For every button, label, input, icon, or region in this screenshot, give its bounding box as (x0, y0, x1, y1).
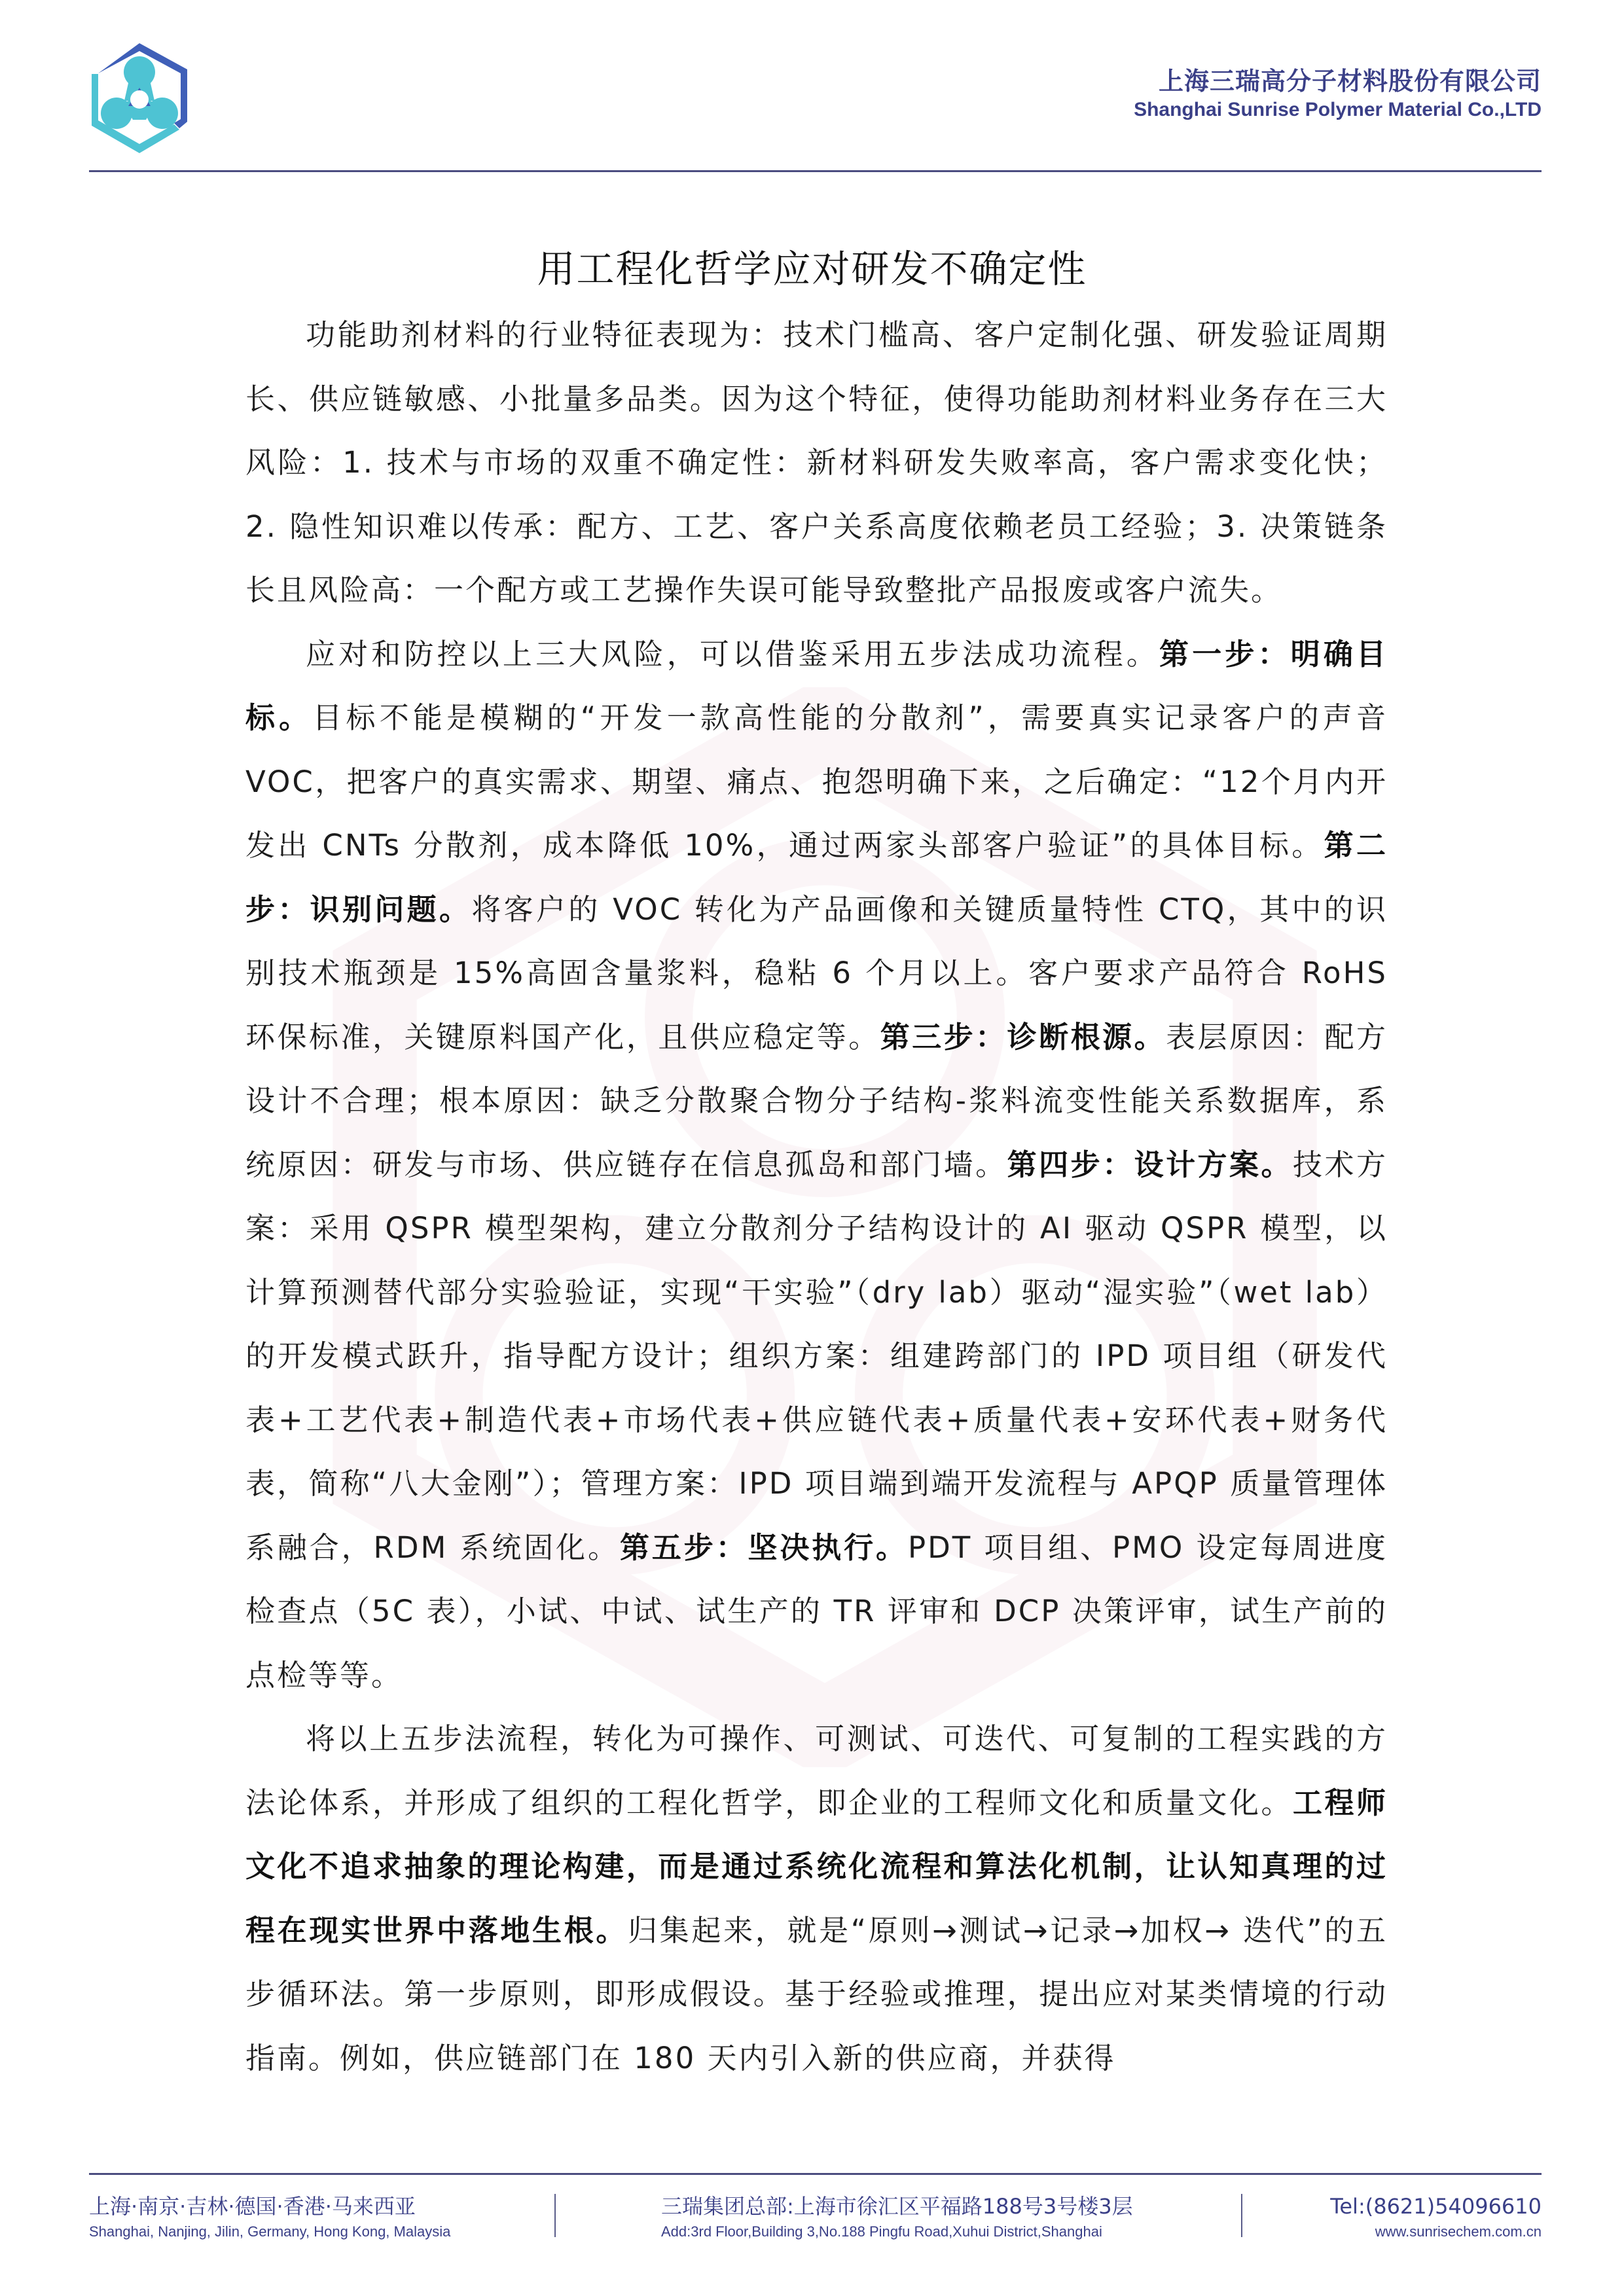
footer-divider (89, 2173, 1542, 2175)
footer-website-link[interactable]: www.sunrisechem.com.cn (1330, 2221, 1542, 2242)
footer-locations: 上海·南京·吉林·德国·香港·马来西亚 Shanghai, Nanjing, J… (89, 2191, 450, 2242)
company-logo-icon (84, 38, 195, 156)
footer-contact: Tel:(8621)54096610 www.sunrisechem.com.c… (1330, 2191, 1542, 2242)
paragraph-2-intro: 应对和防控以上三大风险，可以借鉴采用五步法成功流程。 (306, 637, 1159, 672)
paragraph-3: 将以上五步法流程，转化为可操作、可测试、可迭代、可复制的工程实践的方法论体系，并… (245, 1707, 1388, 2090)
step-4-text: 技术方案：采用 QSPR 模型架构，建立分散剂分子结构设计的 AI 驱动 QSP… (245, 1147, 1388, 1565)
paragraph-2: 应对和防控以上三大风险，可以借鉴采用五步法成功流程。第一步：明确目标。目标不能是… (245, 622, 1388, 1708)
document-title: 用工程化哲学应对研发不确定性 (0, 238, 1624, 293)
footer-separator (1241, 2194, 1242, 2237)
company-name-en: Shanghai Sunrise Polymer Material Co.,LT… (1134, 97, 1542, 123)
footer-separator (554, 2194, 556, 2237)
footer-address-cn: 三瑞集团总部:上海市徐汇区平福路188号3号楼3层 (661, 2191, 1133, 2221)
step-5-heading: 第五步：坚决执行。 (620, 1530, 908, 1565)
step-4-heading: 第四步：设计方案。 (1007, 1147, 1293, 1182)
footer-locations-cn: 上海·南京·吉林·德国·香港·马来西亚 (89, 2191, 450, 2221)
document-body: 功能助剂材料的行业特征表现为：技术门槛高、客户定制化强、研发验证周期长、供应链敏… (245, 303, 1388, 2090)
step-1-text: 目标不能是模糊的“开发一款高性能的分散剂”，需要真实记录客户的声音VOC，把客户… (245, 700, 1388, 863)
footer-address: 三瑞集团总部:上海市徐汇区平福路188号3号楼3层 Add:3rd Floor,… (661, 2191, 1133, 2242)
step-3-heading: 第三步：诊断根源。 (880, 1020, 1166, 1054)
company-name-cn: 上海三瑞高分子材料股份有限公司 (1134, 65, 1542, 97)
company-name: 上海三瑞高分子材料股份有限公司 Shanghai Sunrise Polymer… (1134, 65, 1542, 123)
paragraph-1-text: 功能助剂材料的行业特征表现为：技术门槛高、客户定制化强、研发验证周期长、供应链敏… (245, 317, 1388, 607)
paragraph-3-intro: 将以上五步法流程，转化为可操作、可测试、可迭代、可复制的工程实践的方法论体系，并… (245, 1721, 1388, 1820)
header-divider (89, 170, 1542, 172)
paragraph-1: 功能助剂材料的行业特征表现为：技术门槛高、客户定制化强、研发验证周期长、供应链敏… (245, 303, 1388, 622)
footer-tel: Tel:(8621)54096610 (1330, 2191, 1542, 2221)
footer-locations-en: Shanghai, Nanjing, Jilin, Germany, Hong … (89, 2221, 450, 2242)
footer-address-en: Add:3rd Floor,Building 3,No.188 Pingfu R… (661, 2221, 1133, 2242)
